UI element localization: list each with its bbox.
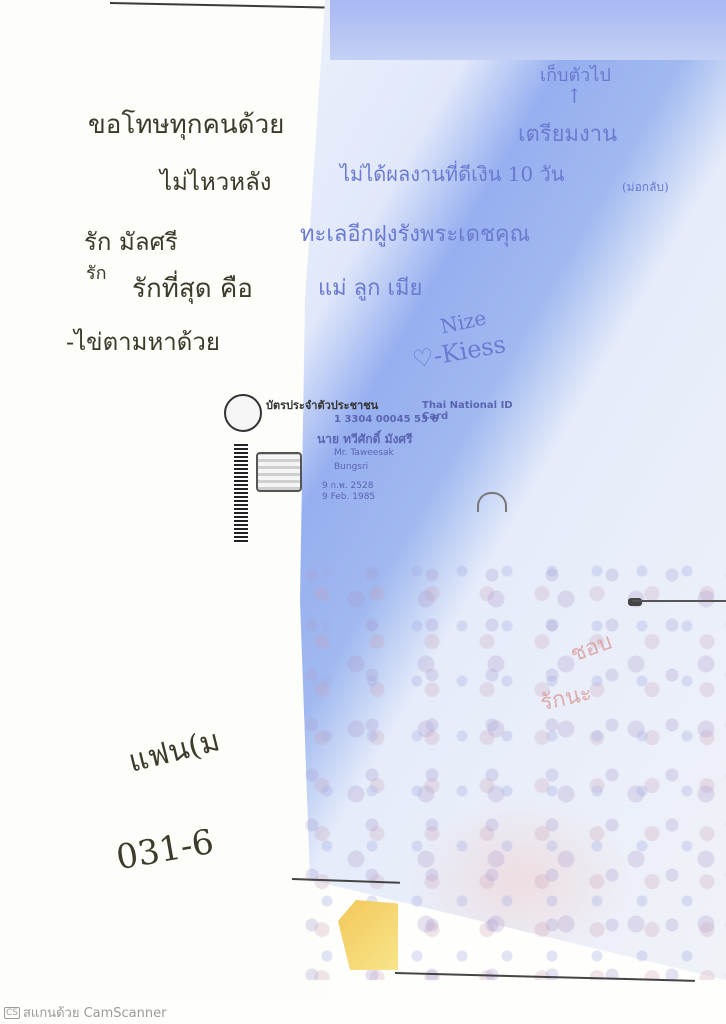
id-number: 1 3304 00045 53 6 <box>334 414 438 425</box>
barcode-icon <box>234 444 248 544</box>
id-name-th: นาย ทวีศักดิ์ มังศรี <box>317 430 412 449</box>
smart-chip-icon <box>256 452 302 492</box>
id-dob-en: 9 Feb. 1985 <box>322 492 375 502</box>
id-title-th: บัตรประจำตัวประชาชน <box>266 396 378 414</box>
handwriting-line: เตรียมงาน <box>518 116 617 151</box>
handwriting-line: ไม่ไหวหลัง <box>160 162 272 201</box>
handwriting-line: รัก มัลศรี <box>84 222 178 261</box>
id-dob-th: 9 ก.พ. 2528 <box>322 478 373 492</box>
handwriting-line: แม่ ลูก เมีย <box>318 270 422 305</box>
scanned-page: ขอโทษทุกคนด้วย ไม่ไหวหลัง รัก มัลศรี รัก… <box>0 0 726 1024</box>
garuda-emblem-icon <box>224 394 262 432</box>
id-photo-outline <box>477 492 507 512</box>
handwriting-line: ไม่ได้ผลงานที่ดีเงิน 10 วัน <box>340 158 564 190</box>
watermark-text: สแกนด้วย CamScanner <box>23 1006 166 1021</box>
handwriting-line: ขอโทษทุกคนด้วย <box>88 104 284 145</box>
handwriting-line: (ม่อกลับ) <box>622 178 669 197</box>
handwriting-arrow: ↑ <box>566 84 583 108</box>
id-card-copy: บัตรประจำตัวประชาชน Thai National ID Car… <box>222 392 522 557</box>
camscanner-watermark: CSสแกนด้วย CamScanner <box>4 1002 166 1023</box>
handwriting-line: ทะเลอีกฝูงรังพระเดชคุณ <box>300 216 530 251</box>
handwriting-line: รักที่สุด คือ <box>132 268 253 309</box>
cable-line <box>632 600 726 602</box>
photo-sky-band <box>330 0 726 60</box>
handwriting-line: รัก <box>86 258 107 287</box>
camscanner-logo-icon: CS <box>4 1007 20 1019</box>
id-name-en: Mr. Taweesak <box>334 448 394 458</box>
id-last-name-en: Bungsri <box>334 462 368 472</box>
handwriting-line: -ไข่ตามหาด้วย <box>66 322 220 361</box>
